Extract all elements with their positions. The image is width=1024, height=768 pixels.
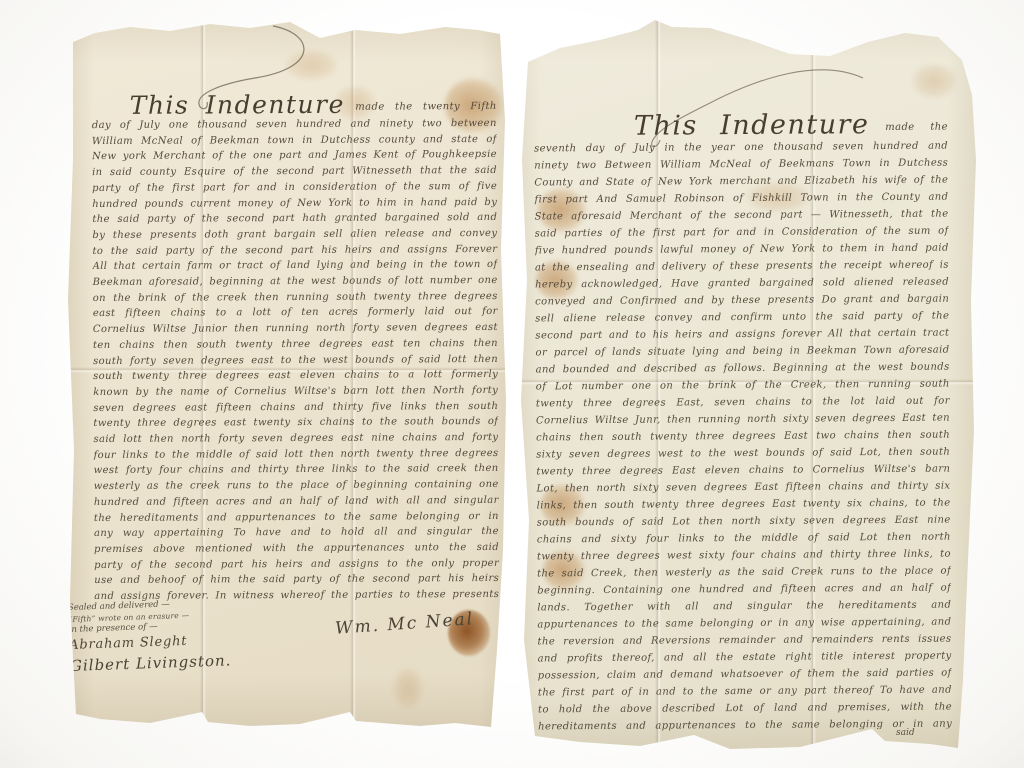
document-body-text: one thousand seven hundred and ninety tw… — [92, 118, 499, 607]
document-opening: This Indenture — [130, 91, 345, 120]
signature-wm-mcneal: Wm. Mc Neal — [334, 609, 474, 639]
left-document-text: This Indenture made the twenty Fifth day… — [92, 91, 500, 607]
stain — [285, 50, 337, 80]
witness-signature-gilbert-livingston: Gilbert Livingston. — [70, 649, 241, 677]
witness-block: Sealed and delivered — “Fifth” wrote on … — [68, 597, 240, 677]
right-document: This Indenture made the seventh day of J… — [508, 16, 980, 752]
document-body-text: the year one thousand seven hundred and … — [534, 141, 952, 732]
right-document-text: This Indenture made the seventh day of J… — [534, 111, 952, 732]
left-document: This Indenture made the twenty Fifth day… — [63, 20, 511, 732]
stain — [393, 668, 423, 708]
catchword: said — [896, 728, 915, 738]
document-opening: This Indenture — [634, 111, 870, 142]
photo-of-documents: This Indenture made the twenty Fifth day… — [0, 0, 1024, 768]
stain — [912, 64, 956, 98]
